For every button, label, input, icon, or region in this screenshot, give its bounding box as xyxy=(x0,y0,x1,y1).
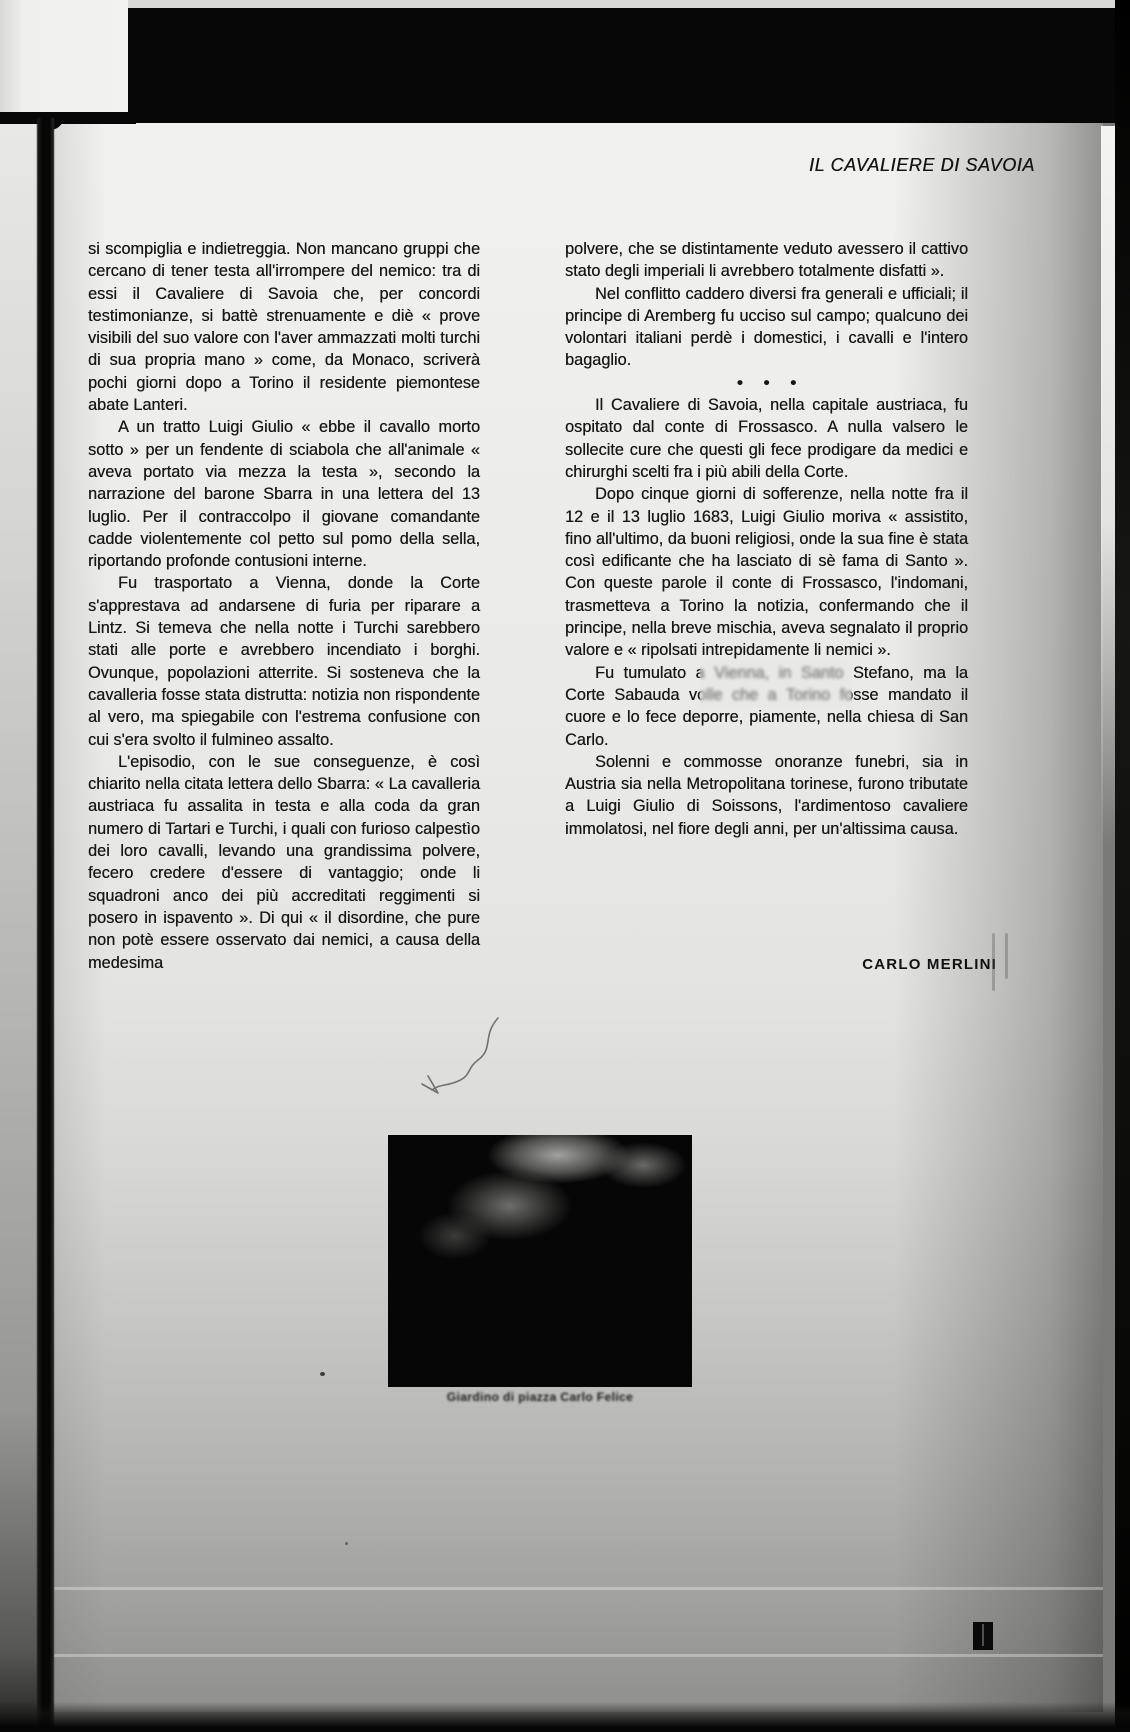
book-spine-line xyxy=(37,118,54,1732)
section-separator: • • • xyxy=(565,372,968,394)
photo xyxy=(388,1135,692,1387)
pen-scribble-mark xyxy=(398,1014,518,1124)
page-title: IL CAVALIERE DI SAVOIA xyxy=(600,155,1035,176)
scan-speck xyxy=(345,1542,348,1545)
scan-speck xyxy=(320,1372,325,1376)
scan-artifact-marks xyxy=(990,933,1014,991)
scan-left-margin xyxy=(0,124,38,1732)
right-column: polvere, che se distintamente veduto ave… xyxy=(565,238,968,840)
paragraph: Fu trasportato a Vienna, donde la Corte … xyxy=(88,572,480,750)
photo-caption: Giardino di piazza Carlo Felice xyxy=(388,1390,692,1404)
scan-bottom-edge xyxy=(0,1702,1130,1732)
paragraph: Nel conflitto caddero diversi fra genera… xyxy=(565,283,968,372)
paragraph: Solenni e commosse onoranze funebri, sia… xyxy=(565,751,968,840)
paragraph: A un tratto Luigi Giulio « ebbe il caval… xyxy=(88,416,480,572)
left-column: si scompiglia e indietreggia. Non mancan… xyxy=(88,238,480,974)
scan-streak xyxy=(54,1587,1103,1590)
paragraph: polvere, che se distintamente veduto ave… xyxy=(565,238,968,283)
scan-top-black-band xyxy=(128,8,1130,123)
scan-streak xyxy=(54,1654,1103,1657)
scan-artifact-bar xyxy=(992,933,995,991)
scan-smudge xyxy=(700,660,852,708)
scanned-page: IL CAVALIERE DI SAVOIA si scompiglia e i… xyxy=(0,0,1130,1732)
paragraph: Il Cavaliere di Savoia, nella capitale a… xyxy=(565,394,968,483)
author-byline: CARLO MERLINI xyxy=(565,956,997,973)
scan-artifact-bar xyxy=(1005,933,1008,979)
paragraph: L'episodio, con le sue conseguenze, è co… xyxy=(88,751,480,974)
scan-right-edge xyxy=(1115,0,1130,1732)
scan-corner-light xyxy=(0,0,130,113)
paragraph: si scompiglia e indietreggia. Non mancan… xyxy=(88,238,480,416)
paragraph: Dopo cinque giorni di sofferenze, nella … xyxy=(565,483,968,661)
ink-mark xyxy=(973,1622,993,1650)
